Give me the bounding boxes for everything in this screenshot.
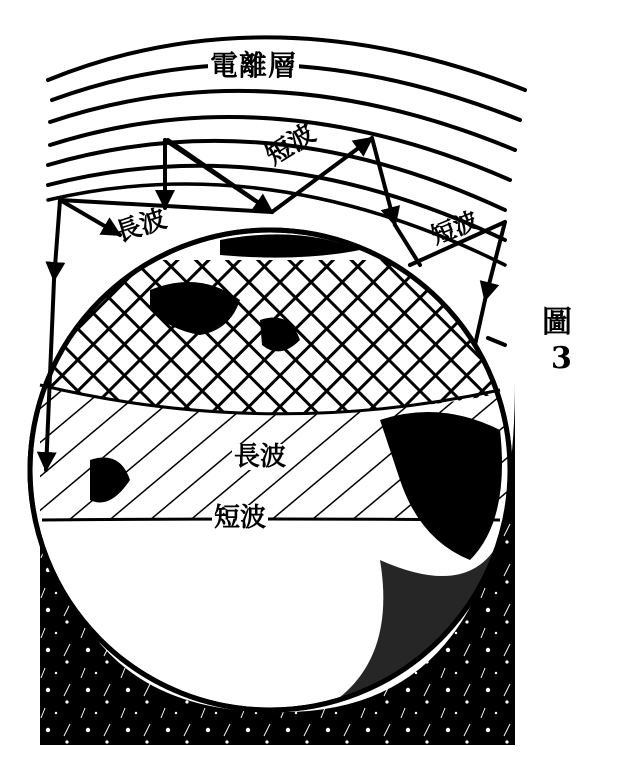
figure-caption-number: 3 (551, 344, 572, 374)
ionosphere-label: 電離層 (208, 52, 299, 80)
ionosphere-propagation-diagram: 電離層 短波 長波 短波 長波 短波 圖 3 (0, 0, 633, 761)
figure-caption-char: 圖 (542, 308, 572, 338)
diagram-artwork (0, 0, 633, 761)
long-wave-zone-label: 長波 (232, 444, 288, 470)
short-wave-zone-label: 短波 (212, 505, 268, 531)
